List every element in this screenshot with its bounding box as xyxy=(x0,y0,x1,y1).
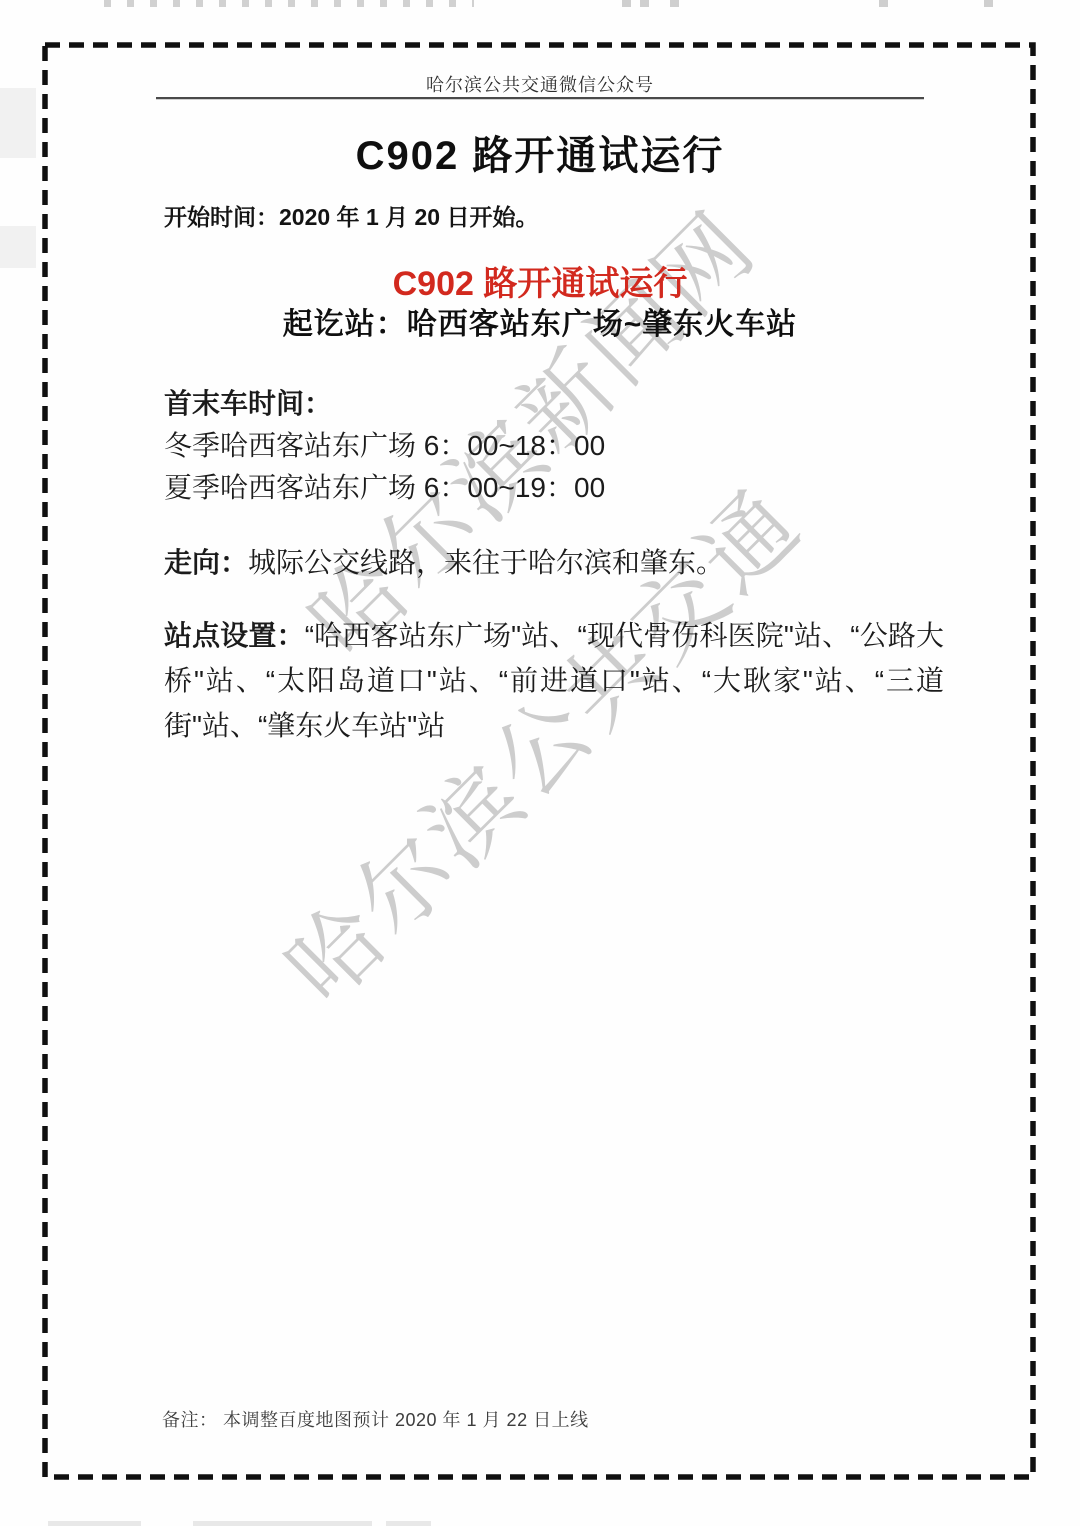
cropped-content-bottom xyxy=(386,1521,431,1526)
dashed-page-border xyxy=(42,42,1036,1480)
cropped-content-top xyxy=(640,0,649,7)
notice-page: 哈尔滨公共交通 哈尔滨新闻网 哈尔滨公共交通微信公众号 C902 路开通试运行 … xyxy=(0,0,1080,1526)
cropped-content-top xyxy=(670,0,679,7)
cropped-content-top xyxy=(984,0,993,7)
cropped-content-top xyxy=(104,0,474,7)
cropped-content-top xyxy=(879,0,888,7)
cropped-content-bottom xyxy=(48,1521,141,1526)
cropped-content-top xyxy=(622,0,631,7)
cropped-content-bottom xyxy=(193,1521,372,1526)
